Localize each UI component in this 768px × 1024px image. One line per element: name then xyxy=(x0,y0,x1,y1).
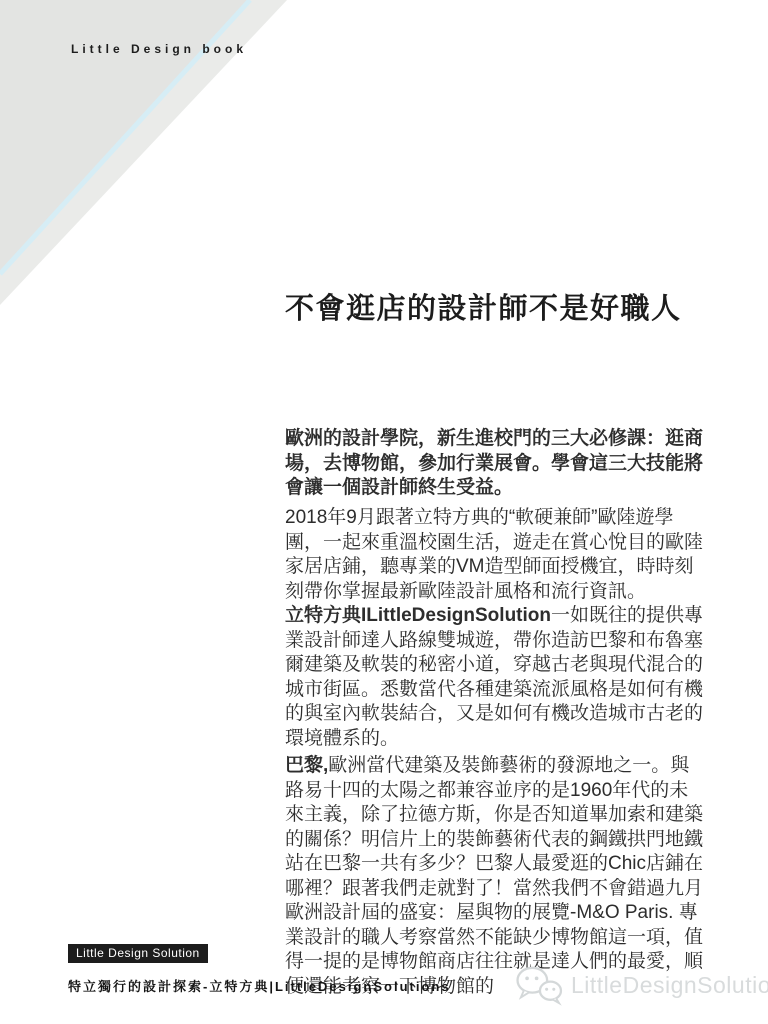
paragraph-lead-brand: 立特方典ILittleDesignSolution xyxy=(285,605,551,626)
paragraph-text: 歐洲的設計學院，新生進校門的三大必修課：逛商場，去博物館，參加行業展會。學會這三… xyxy=(285,428,703,498)
paragraph-tour: 2018年9月跟著立特方典的“軟硬兼師”歐陸遊學團，一起來重溫校園生活，遊走在賞… xyxy=(285,506,704,604)
paragraph-text: 一如既往的提供專業設計師達人路線雙城遊，帶你造訪巴黎和布魯塞爾建築及軟裝的秘密小… xyxy=(285,605,703,749)
paragraph-intro: 歐洲的設計學院，新生進校門的三大必修課：逛商場，去博物館，參加行業展會。學會這三… xyxy=(285,427,704,501)
paragraph-text: 歐洲當代建築及裝飾藝術的發源地之一。與路易十四的太陽之都兼容並序的是1960年代… xyxy=(285,755,703,997)
paragraph-text: 2018年9月跟著立特方典的“軟硬兼師”歐陸遊學團，一起來重溫校園生活，遊走在賞… xyxy=(285,507,703,602)
header-brand-label: Little Design book xyxy=(71,42,247,56)
paragraph-paris: 巴黎,歐洲當代建築及裝飾藝術的發源地之一。與路易十四的太陽之都兼容並序的是196… xyxy=(285,754,704,999)
paragraph-lead-paris: 巴黎, xyxy=(285,755,328,776)
article-title: 不會逛店的設計師不是好職人 xyxy=(285,289,725,329)
wechat-watermark: LittleDesignSolution xyxy=(514,964,768,1006)
watermark-text: LittleDesignSolution xyxy=(571,972,768,999)
article-page: Little Design book 不會逛店的設計師不是好職人 歐洲的設計學院… xyxy=(0,0,768,1024)
wechat-icon xyxy=(514,964,564,1006)
paragraph-brand: 立特方典ILittleDesignSolution一如既往的提供專業設計師達人路… xyxy=(285,604,704,751)
footer-tagline: 特立獨行的設計探索-立特方典|LittleDesignSolutions xyxy=(68,976,451,995)
brand-badge: Little Design Solution xyxy=(68,944,208,963)
